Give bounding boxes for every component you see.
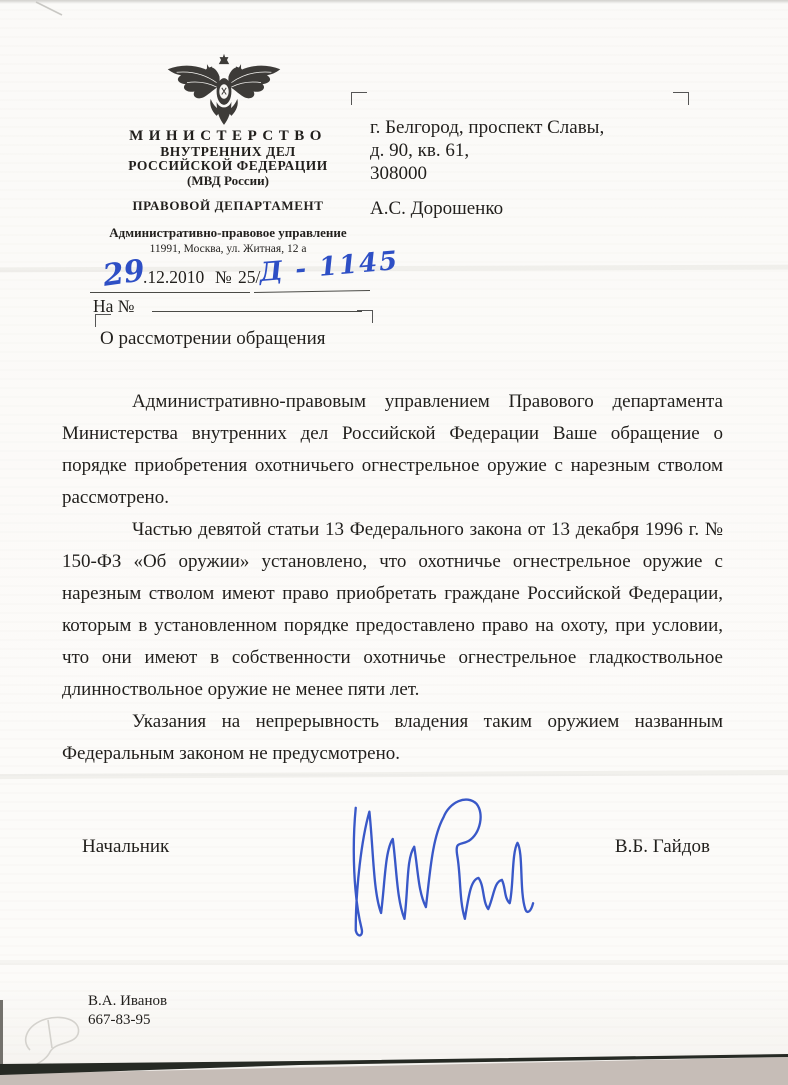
recipient-address-line: 308000 [370, 162, 604, 185]
letterhead-ministry-line3: РОССИЙСКОЙ ФЕДЕРАЦИИ [56, 159, 400, 173]
body-paragraph-1: Административно-правовым управлением Пра… [62, 386, 723, 514]
scan-left-edge [0, 1000, 3, 1074]
body-paragraph-2: Частью девятой статьи 13 Федерального за… [62, 514, 723, 706]
scan-top-shadow [0, 0, 788, 4]
subject-corner-mark-right [357, 310, 373, 323]
scan-top-left-crease [0, 0, 100, 24]
signer-title: Начальник [82, 836, 169, 858]
printed-date: .12.2010 [143, 267, 204, 288]
recipient-name: А.С. Дорошенко [370, 198, 503, 220]
scanned-letter-page: МИНИСТЕРСТВО ВНУТРЕННИХ ДЕЛ РОССИЙСКОЙ Ф… [0, 0, 788, 1085]
letterhead-ministry-line1: МИНИСТЕРСТВО [56, 129, 400, 145]
recipient-corner-mark-left [351, 92, 367, 105]
handwritten-day: 29 [101, 253, 147, 293]
body-paragraph-3: Указания на непрерывность владения таким… [62, 706, 723, 770]
date-underline [90, 292, 250, 293]
subject-line: О рассмотрении обращения [100, 328, 326, 350]
reply-number-underline [152, 311, 362, 312]
number-sign: № [215, 267, 232, 288]
recipient-address: г. Белгород, проспект Славы, д. 90, кв. … [370, 116, 604, 185]
letterhead-ministry-abbrev: (МВД России) [56, 174, 400, 188]
number-underline [254, 290, 370, 293]
signature-ink [346, 788, 536, 960]
signer-name: В.Б. Гайдов [580, 836, 710, 858]
recipient-corner-mark-right [673, 92, 689, 105]
recipient-address-line: д. 90, кв. 61, [370, 139, 604, 162]
recipient-address-line: г. Белгород, проспект Славы, [370, 116, 604, 139]
letter-body: Административно-правовым управлением Пра… [62, 386, 723, 770]
mvd-eagle-emblem-icon [164, 53, 284, 130]
letterhead-department: ПРАВОВОЙ ДЕПАРТАМЕНТ [56, 199, 400, 213]
letterhead-division: Административно-правовое управление [56, 226, 400, 240]
printed-number-prefix: 25/ [238, 267, 260, 288]
subject-corner-mark-left [95, 314, 111, 327]
paper-fold-line [0, 770, 788, 779]
pencil-scribble [8, 1008, 108, 1074]
paper-fold-line [0, 960, 788, 965]
